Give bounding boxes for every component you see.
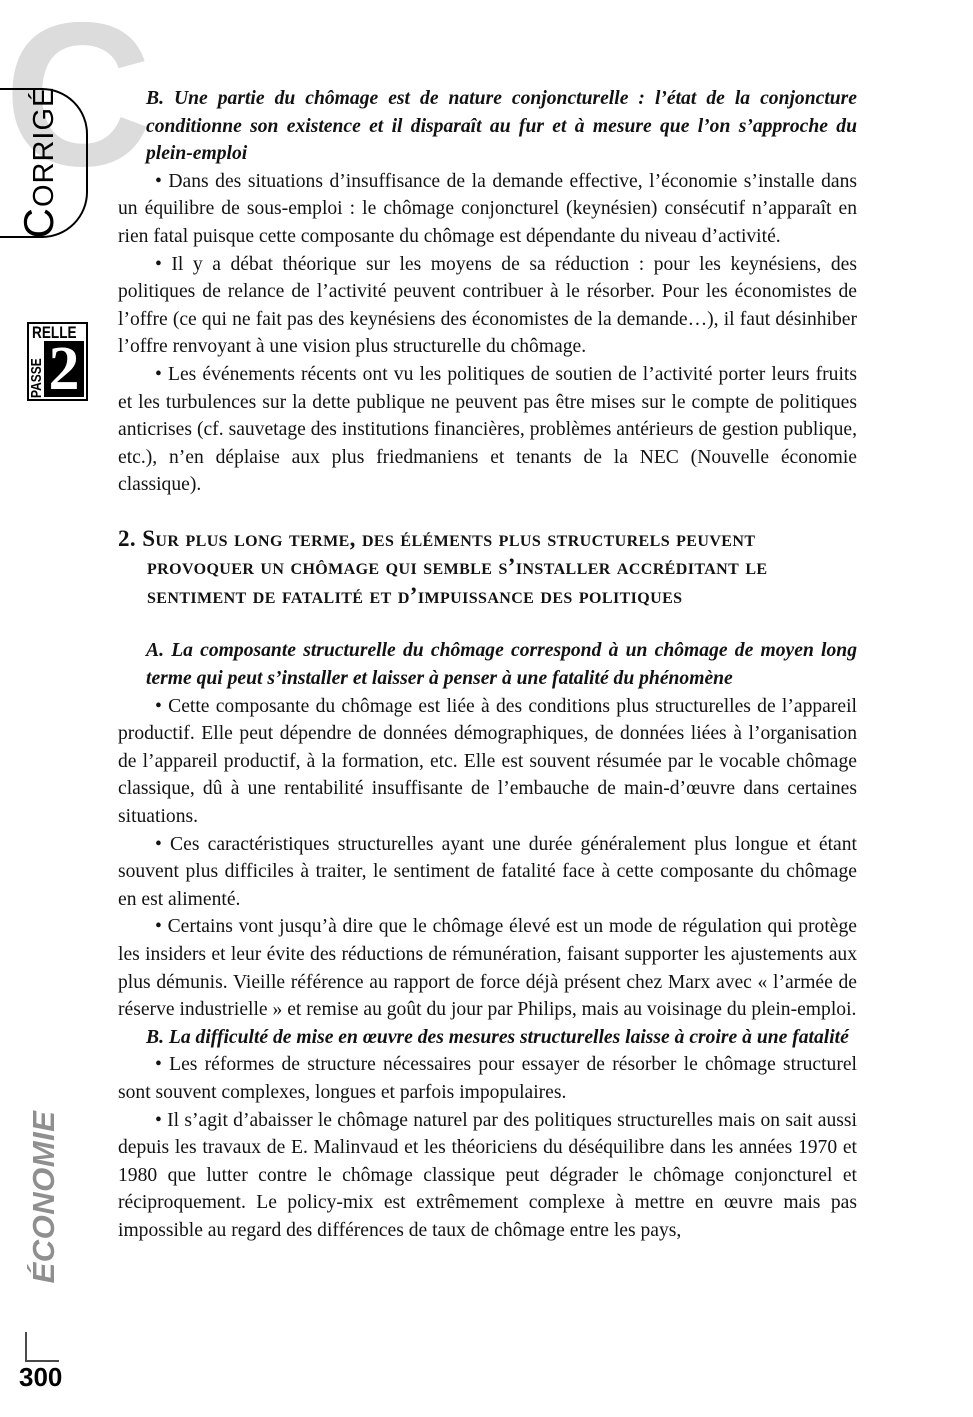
section-heading-2: 2. Sur plus long terme, des éléments plu…	[118, 525, 857, 611]
paragraph: • Cette composante du chômage est liée à…	[118, 693, 857, 831]
paragraph: • Dans des situations d’insuffisance de …	[118, 168, 857, 251]
section-heading-text: Sur plus long terme, des éléments plus s…	[142, 526, 767, 608]
section-number: 2.	[118, 526, 142, 551]
subheading-a: A. La composante structurelle du chômage…	[118, 637, 857, 692]
subject-label-economie: ÉCONOMIE	[22, 1081, 66, 1313]
page-content: B. Une partie du chômage est de nature c…	[118, 85, 857, 1244]
corrige-tab-label: Corrigé	[10, 92, 68, 233]
badge-number-2: 2	[44, 341, 84, 397]
paragraph: • Il s’agit d’abaisser le chômage nature…	[118, 1107, 857, 1245]
page-number: 300	[19, 1362, 62, 1393]
paragraph: • Certains vont jusqu’à dire que le chôm…	[118, 913, 857, 1023]
subheading-b1: B. Une partie du chômage est de nature c…	[118, 85, 857, 168]
passerelle-2-badge: RELLE PASSE 2	[27, 322, 88, 401]
paragraph: • Les événements récents ont vu les poli…	[118, 361, 857, 499]
paragraph: • Ces caractéristiques structurelles aya…	[118, 831, 857, 914]
badge-text-passe: PASSE	[30, 345, 43, 398]
subheading-b2: B. La difficulté de mise en œuvre des me…	[118, 1024, 857, 1052]
footer-corner-bracket	[25, 1332, 59, 1362]
paragraph: • Les réformes de structure nécessaires …	[118, 1051, 857, 1106]
paragraph: • Il y a débat théorique sur les moyens …	[118, 251, 857, 361]
